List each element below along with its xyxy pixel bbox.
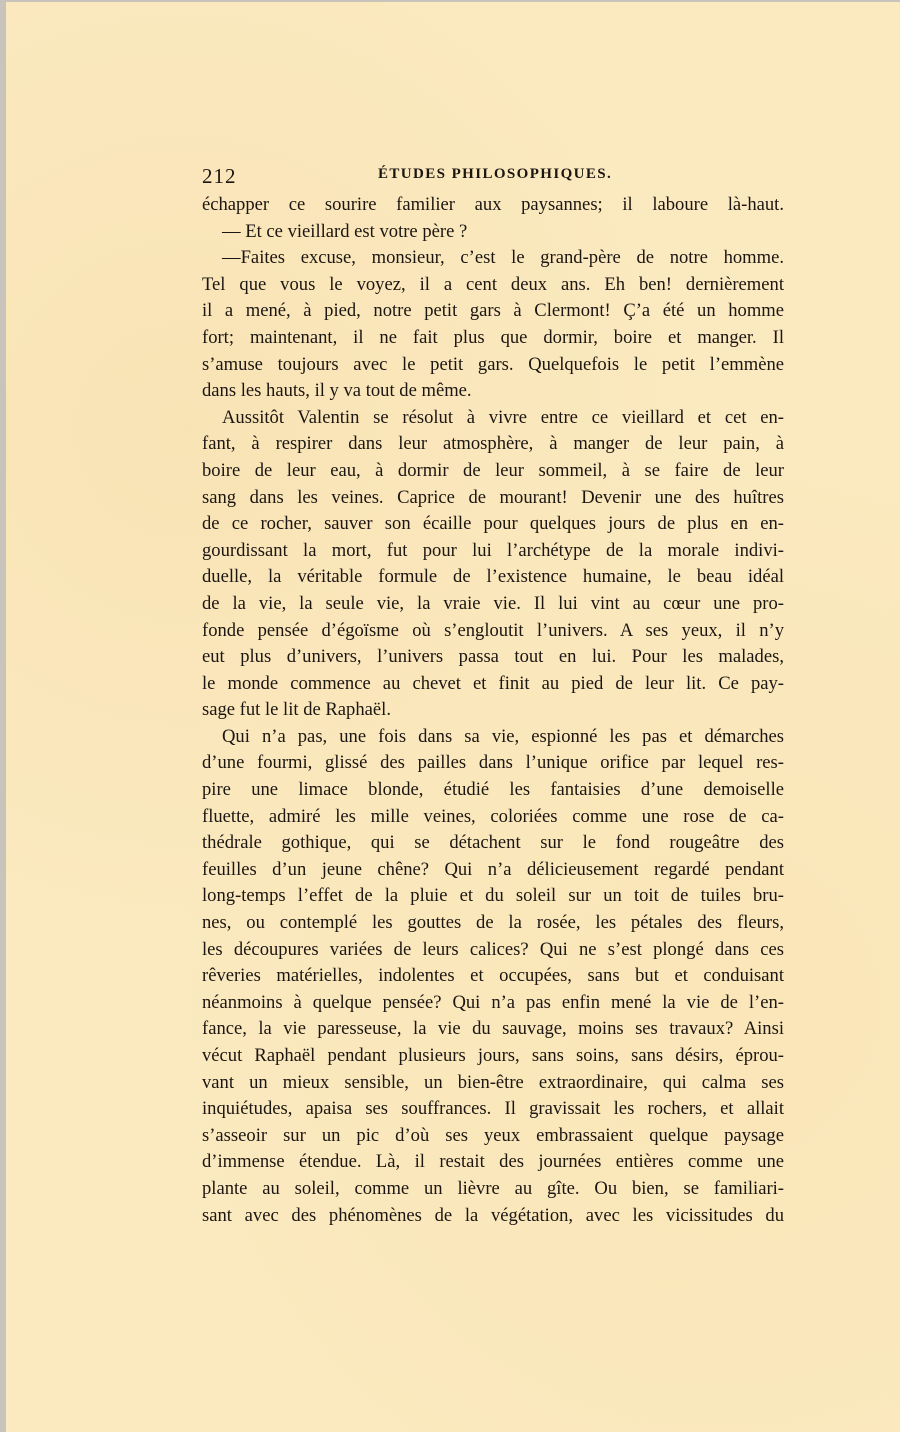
text-line: s’asseoir sur un pic d’où ses yeux embra… — [202, 1123, 784, 1150]
text-line: nes, ou contemplé les gouttes de la rosé… — [202, 910, 784, 937]
text-line: de ce rocher, sauver son écaille pour qu… — [202, 511, 784, 538]
text-line: sage fut le lit de Raphaël. — [202, 697, 784, 724]
text-line: sant avec des phénomènes de la végétatio… — [202, 1203, 784, 1230]
text-line: thédrale gothique, qui se détachent sur … — [202, 830, 784, 857]
text-line: feuilles d’un jeune chêne? Qui n’a délic… — [202, 857, 784, 884]
text-line: boire de leur eau, à dormir de leur somm… — [202, 458, 784, 485]
text-line: eut plus d’univers, l’univers passa tout… — [202, 644, 784, 671]
text-line: Aussitôt Valentin se résolut à vivre ent… — [202, 405, 784, 432]
text-line: sang dans les veines. Caprice de mourant… — [202, 485, 784, 512]
text-line: dans les hauts, il y va tout de même. — [202, 378, 784, 405]
text-line: plante au soleil, comme un lièvre au gît… — [202, 1176, 784, 1203]
text-line: échapper ce sourire familier aux paysann… — [202, 192, 784, 219]
text-line: d’une fourmi, glissé des pailles dans l’… — [202, 750, 784, 777]
running-head: 212 ÉTUDES PHILOSOPHIQUES. — [202, 162, 784, 192]
text-line: fant, à respirer dans leur atmosphère, à… — [202, 431, 784, 458]
text-line: long-temps l’effet de la pluie et du sol… — [202, 883, 784, 910]
text-line: d’immense étendue. Là, il restait des jo… — [202, 1149, 784, 1176]
text-line: — Et ce vieillard est votre père ? — [202, 219, 784, 246]
text-line: il a mené, à pied, notre petit gars à Cl… — [202, 298, 784, 325]
body-text: échapper ce sourire familier aux paysann… — [202, 192, 784, 1229]
text-line: Qui n’a pas, une fois dans sa vie, espio… — [202, 724, 784, 751]
text-line: s’amuse toujours avec le petit gars. Que… — [202, 352, 784, 379]
text-block: 212 ÉTUDES PHILOSOPHIQUES. échapper ce s… — [202, 162, 784, 1229]
text-line: pire une limace blonde, étudié les fanta… — [202, 777, 784, 804]
running-title: ÉTUDES PHILOSOPHIQUES. — [378, 166, 612, 183]
text-line: les découpures variées de leurs calices?… — [202, 937, 784, 964]
text-line: Tel que vous le voyez, il a cent deux an… — [202, 272, 784, 299]
book-page: 212 ÉTUDES PHILOSOPHIQUES. échapper ce s… — [6, 2, 900, 1432]
text-line: fluette, admiré les mille veines, colori… — [202, 804, 784, 831]
text-line: duelle, la véritable formule de l’existe… — [202, 564, 784, 591]
text-line: —Faites excuse, monsieur, c’est le grand… — [202, 245, 784, 272]
text-line: rêveries matérielles, indolentes et occu… — [202, 963, 784, 990]
text-line: vant un mieux sensible, un bien-être ext… — [202, 1070, 784, 1097]
text-line: néanmoins à quelque pensée? Qui n’a pas … — [202, 990, 784, 1017]
text-line: fonde pensée d’égoïsme où s’engloutit l’… — [202, 618, 784, 645]
text-line: fance, la vie paresseuse, la vie du sauv… — [202, 1016, 784, 1043]
text-line: vécut Raphaël pendant plusieurs jours, s… — [202, 1043, 784, 1070]
text-line: de la vie, la seule vie, la vraie vie. I… — [202, 591, 784, 618]
text-line: le monde commence au chevet et finit au … — [202, 671, 784, 698]
page-number: 212 — [202, 164, 237, 189]
text-line: inquiétudes, apaisa ses souffrances. Il … — [202, 1096, 784, 1123]
text-line: fort; maintenant, il ne fait plus que do… — [202, 325, 784, 352]
text-line: gourdissant la mort, fut pour lui l’arch… — [202, 538, 784, 565]
